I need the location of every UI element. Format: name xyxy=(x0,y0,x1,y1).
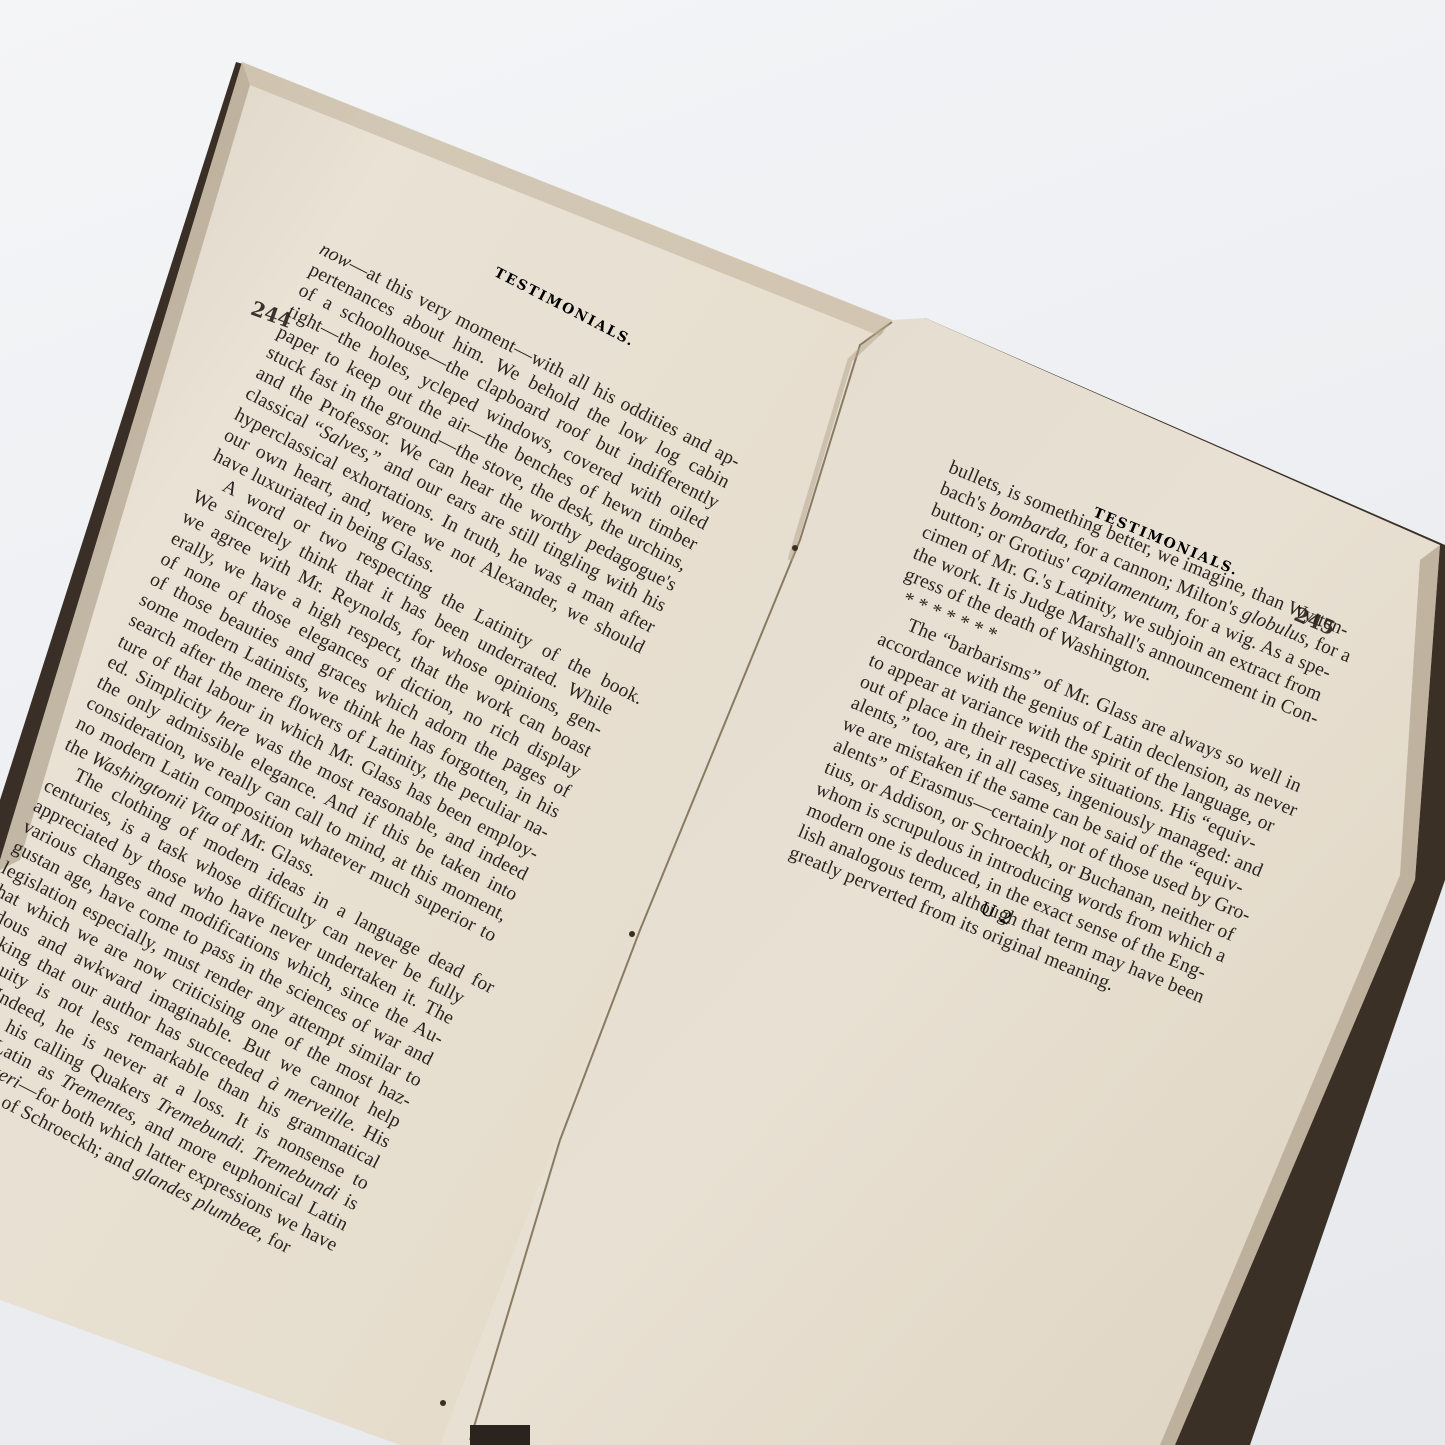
headband xyxy=(470,1425,530,1445)
